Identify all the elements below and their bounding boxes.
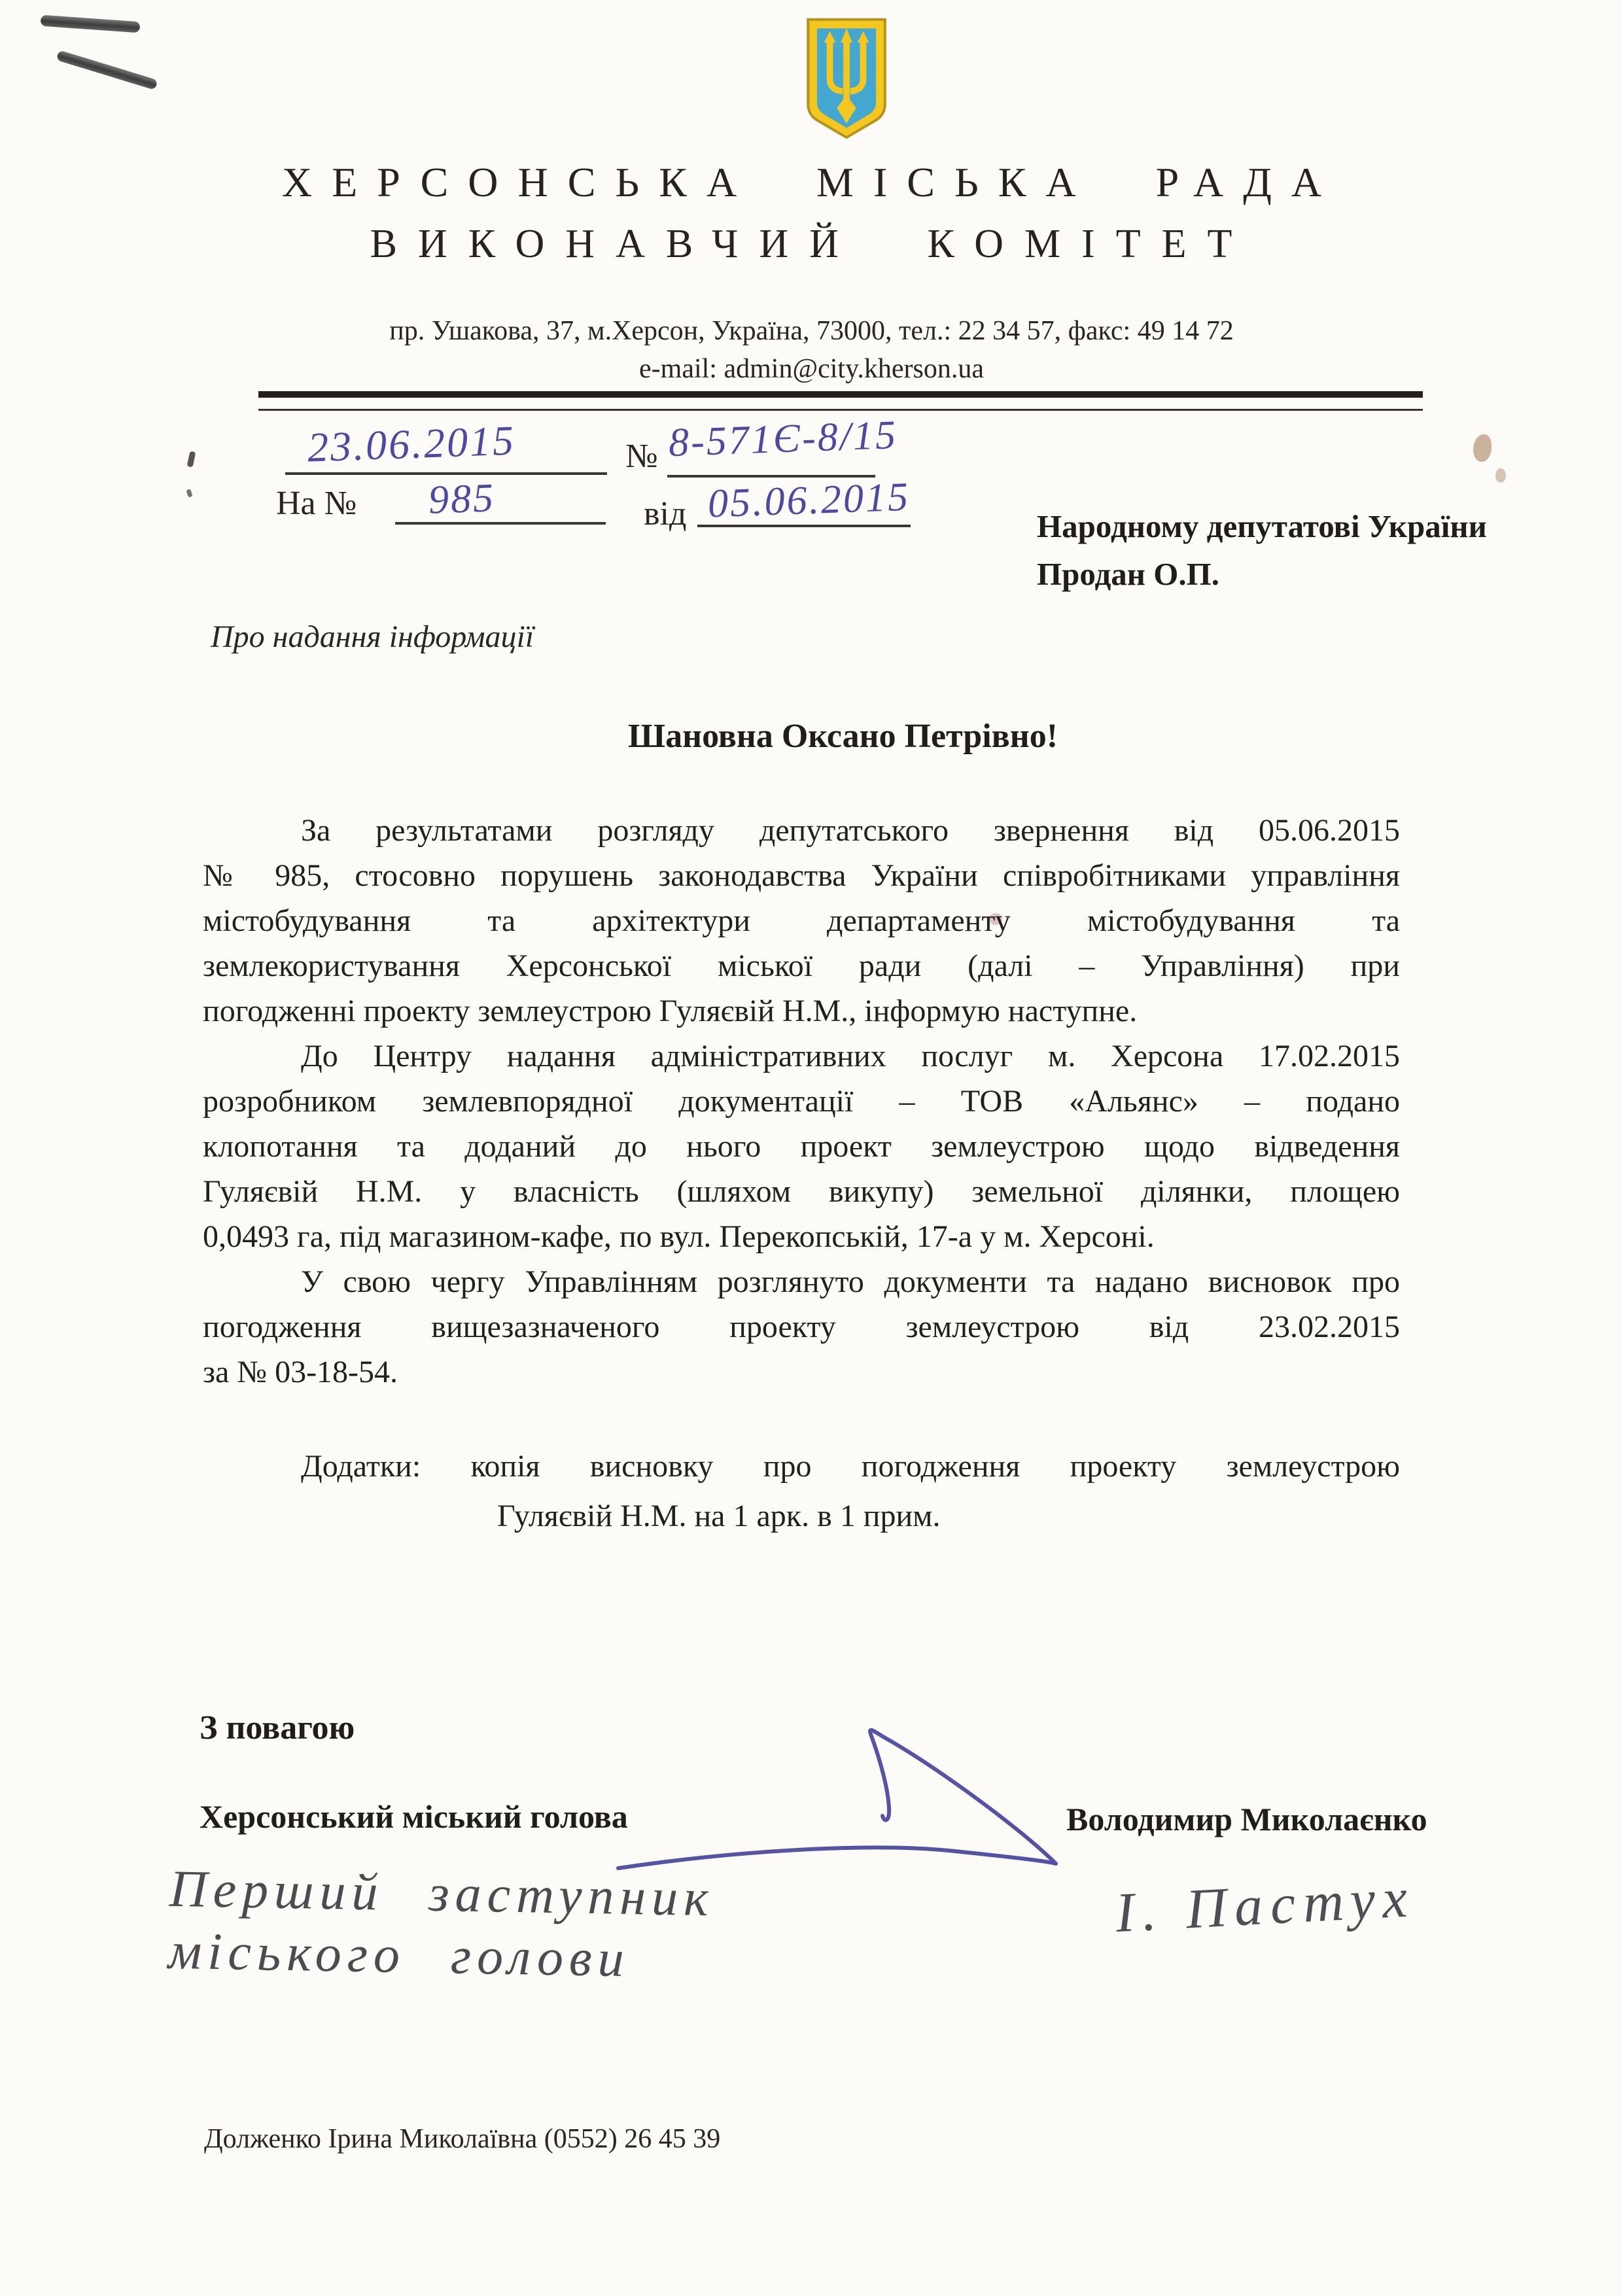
body-line: розробником землевпорядної документації …	[203, 1079, 1400, 1124]
org-name-line1: ХЕРСОНСЬКА МІСЬКА РАДА	[0, 158, 1623, 207]
body-line: за № 03-18-54.	[203, 1349, 1400, 1395]
body-line: Гуляєвій Н.М. у власність (шляхом викупу…	[203, 1169, 1400, 1214]
recipient-block: Народному депутатові України Продан О.П.	[1037, 502, 1487, 598]
scan-artifact-smudge	[1495, 468, 1506, 483]
org-address: пр. Ушакова, 37, м.Херсон, Україна, 7300…	[0, 315, 1623, 347]
handwritten-incoming-date: 05.06.2015	[707, 474, 911, 528]
letter-body: За результатами розгляду депутатського з…	[203, 808, 1400, 1395]
salutation: Шановна Оксано Петрівно!	[628, 717, 1058, 756]
signer-name: Володимир Миколаєнко	[1066, 1800, 1427, 1838]
recipient-line1: Народному депутатові України	[1037, 502, 1487, 550]
body-line: № 985, стосовно порушень законодавства У…	[203, 853, 1400, 898]
closing-phrase: З повагою	[200, 1709, 355, 1747]
handwritten-outgoing-date: 23.06.2015	[307, 416, 516, 472]
signer-title: Херсонський міський голова	[200, 1798, 628, 1835]
from-date-label: від	[644, 495, 686, 533]
scan-artifact-staple-mark	[41, 15, 141, 33]
scan-artifact-smudge	[1473, 434, 1492, 462]
scan-artifact-pen-mark	[186, 489, 192, 498]
form-underline	[697, 525, 911, 527]
attachments-line: Гуляєвій Н.М. на 1 арк. в 1 прим.	[497, 1491, 1400, 1541]
body-line: містобудування та архітектури департамен…	[203, 898, 1400, 943]
executor-contact: Долженко Ірина Миколаївна (0552) 26 45 3…	[204, 2123, 720, 2155]
scan-artifact-staple-mark	[56, 50, 158, 90]
attachments-line: Додатки: копія висновку про погодження п…	[301, 1442, 1400, 1491]
body-line: клопотання та доданий до нього проект зе…	[203, 1124, 1400, 1169]
body-line: До Центру надання адміністративних послу…	[203, 1034, 1400, 1079]
body-line: погодження вищезазначеного проекту земле…	[203, 1304, 1400, 1349]
body-line: 0,0493 га, під магазином-кафе, по вул. П…	[203, 1214, 1400, 1259]
letterhead-divider-rule	[258, 391, 1423, 411]
number-label: №	[625, 437, 658, 476]
attachments-block: Додатки: копія висновку про погодження п…	[203, 1442, 1400, 1541]
handwritten-deputy-note: Перший заступник міського голови	[167, 1858, 714, 1992]
body-line: За результатами розгляду депутатського з…	[203, 808, 1400, 853]
recipient-line2: Продан О.П.	[1037, 550, 1487, 598]
org-email: e-mail: admin@city.kherson.ua	[0, 353, 1623, 385]
body-line: землекористування Херсонської міської ра…	[203, 943, 1400, 988]
handwritten-signature: І. Пастух	[1114, 1864, 1417, 1945]
form-underline	[285, 472, 607, 475]
scanned-letter-page: ХЕРСОНСЬКА МІСЬКА РАДА ВИКОНАВЧИЙ КОМІТЕ…	[0, 0, 1623, 2296]
scan-artifact-pen-mark	[187, 451, 196, 467]
pen-flourish-signature	[589, 1675, 1112, 1897]
form-underline	[395, 522, 606, 525]
handwritten-outgoing-number: 8-571Є-8/15	[668, 412, 898, 466]
handwritten-incoming-number: 985	[428, 475, 496, 524]
reply-to-number-label: На №	[276, 484, 357, 523]
subject-line: Про надання інформації	[211, 619, 534, 655]
body-line: погодженні проекту землеустрою Гуляєвій …	[203, 988, 1400, 1034]
org-name-line2: ВИКОНАВЧИЙ КОМІТЕТ	[0, 221, 1623, 268]
ukraine-coat-of-arms-icon	[801, 14, 892, 143]
body-line: У свою чергу Управлінням розглянуто доку…	[203, 1259, 1400, 1304]
